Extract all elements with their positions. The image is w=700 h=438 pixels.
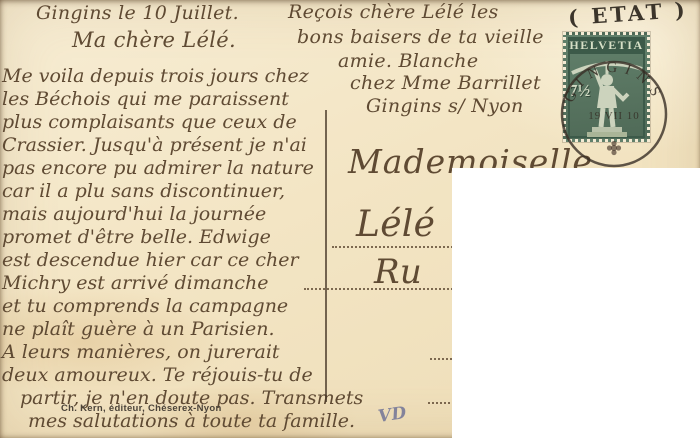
stamp-country-label: HELVETIA	[568, 37, 645, 53]
postmark: GINGINS 19 VII 10	[556, 56, 672, 172]
dateline: Gingins le 10 Juillet.	[36, 2, 239, 24]
address-dotted-line	[332, 246, 457, 248]
postmark-cross-icon	[607, 141, 621, 155]
message-line: car il a plu sans discontinuer,	[2, 180, 482, 203]
message-line: deux amoureux. Te réjouis-tu de	[2, 364, 482, 387]
svg-text:GINGINS: GINGINS	[562, 60, 667, 105]
side-note-line: Reçois chère Lélé les	[288, 1, 499, 23]
publisher-imprint: Ch. Kern, éditeur, Chéserex-Nyon	[61, 403, 222, 414]
message-line: Me voila depuis trois jours chez	[2, 65, 482, 88]
postmark-town: GINGINS	[562, 60, 667, 105]
message-line: A leurs manières, on jurerait	[2, 341, 482, 364]
privacy-overlay	[452, 168, 700, 438]
address-line-name: Lélé	[356, 204, 435, 245]
message-line: ne plaît guère à un Parisien.	[2, 318, 482, 341]
postmark-date: 19 VII 10	[588, 110, 640, 122]
postcard: Gingins le 10 Juillet. Reçois chère Lélé…	[0, 0, 700, 438]
vd-annotation: VD	[377, 403, 408, 427]
message-body: Me voila depuis trois jours chez les Béc…	[2, 65, 482, 433]
message-line: plus complaisants que ceux de	[2, 111, 482, 134]
message-line: les Béchois qui me paraissent	[2, 88, 482, 111]
side-note-line: bons baisers de ta vieille	[297, 26, 544, 48]
salutation: Ma chère Lélé.	[72, 28, 236, 52]
etat-annotation: ( ETAT )	[567, 0, 688, 30]
address-line-street: Ru	[374, 252, 422, 292]
divider-line	[325, 110, 327, 402]
message-line: et tu comprends la campagne	[2, 295, 482, 318]
address-dotted-line	[304, 288, 456, 290]
